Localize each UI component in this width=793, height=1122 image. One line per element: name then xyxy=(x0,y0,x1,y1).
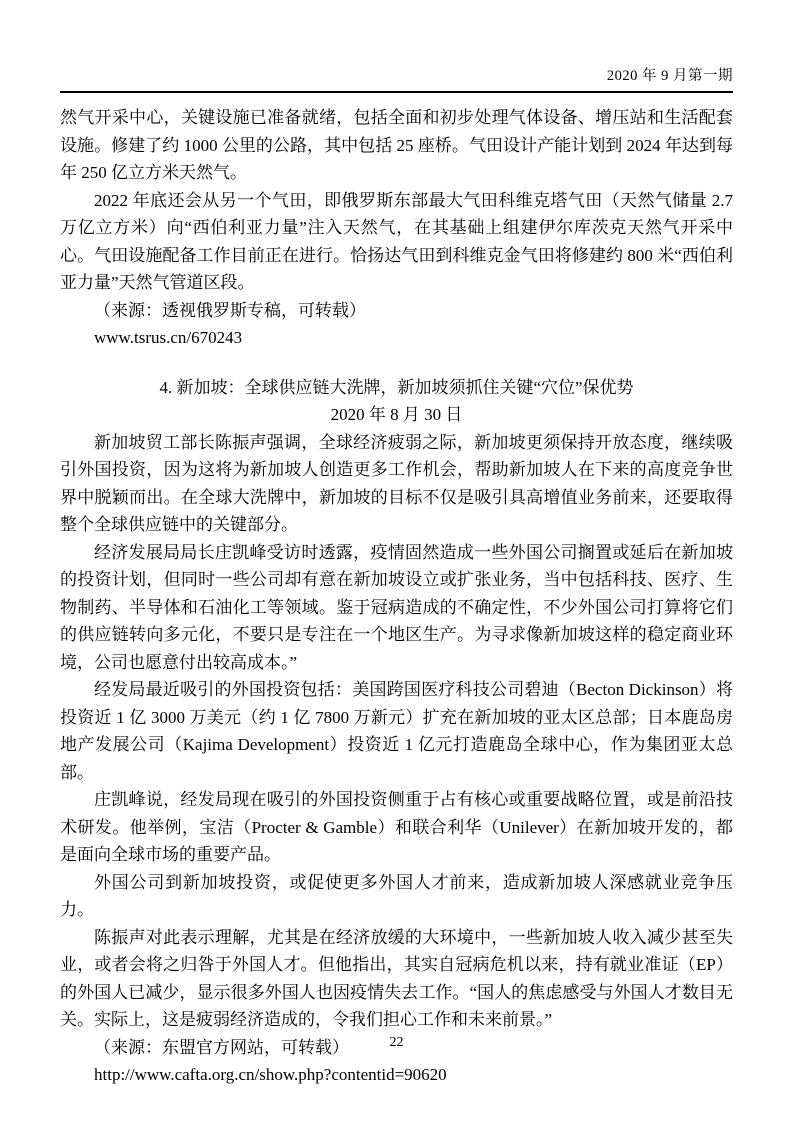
russia-url-link[interactable]: www.tsrus.cn/670243 xyxy=(60,324,733,352)
singapore-paragraph: 陈振声对此表示理解，尤其是在经济放缓的大环境中，一些新加坡人收入减少甚至失业，或… xyxy=(60,924,733,1034)
page-content: 然气开采中心，关键设施已准备就绪，包括全面和初步处理气体设备、增压站和生活配套设… xyxy=(60,104,733,1089)
singapore-paragraph: 外国公司到新加坡投资，或促使更多外国人才前来，造成新加坡人深感就业竞争压力。 xyxy=(60,869,733,924)
singapore-article-title: 4. 新加坡：全球供应链大洗牌，新加坡须抓住关键“穴位”保优势 xyxy=(60,374,733,402)
singapore-paragraph: 庄凯峰说，经发局现在吸引的外国投资侧重于占有核心或重要战略位置，或是前沿技术研发… xyxy=(60,786,733,869)
singapore-paragraph: 经济发展局局长庄凯峰受访时透露，疫情固然造成一些外国公司搁置或延后在新加坡的投资… xyxy=(60,539,733,677)
header-issue-label: 2020 年 9 月第一期 xyxy=(60,0,733,86)
page-header: 2020 年 9 月第一期 xyxy=(60,0,733,101)
russia-paragraph: 2022 年底还会从另一个气田，即俄罗斯东部最大气田科维克塔气田（天然气储量 2… xyxy=(60,187,733,297)
russia-source-line: （来源：透视俄罗斯专稿，可转载） xyxy=(60,297,733,325)
page-number: 22 xyxy=(390,1035,404,1050)
document-page: 2020 年 9 月第一期 然气开采中心，关键设施已准备就绪，包括全面和初步处理… xyxy=(0,0,793,1122)
header-rule xyxy=(60,91,733,93)
singapore-paragraph: 新加坡贸工部长陈振声强调，全球经济疲弱之际，新加坡更须保持开放态度，继续吸引外国… xyxy=(60,429,733,539)
singapore-paragraph: 经发局最近吸引的外国投资包括：美国跨国医疗科技公司碧迪（Becton Dicki… xyxy=(60,676,733,786)
russia-continuation-paragraph: 然气开采中心，关键设施已准备就绪，包括全面和初步处理气体设备、增压站和生活配套设… xyxy=(60,104,733,187)
singapore-url-link[interactable]: http://www.cafta.org.cn/show.php?content… xyxy=(60,1061,733,1089)
singapore-article-date: 2020 年 8 月 30 日 xyxy=(60,401,733,429)
page-footer: 22 xyxy=(0,1034,793,1052)
